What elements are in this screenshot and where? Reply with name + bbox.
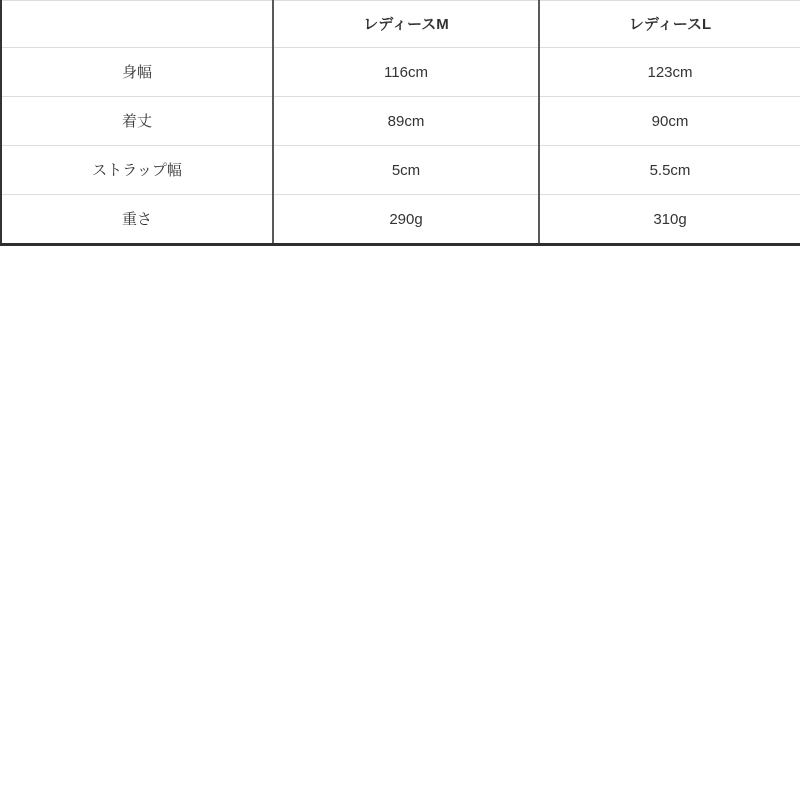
cell-value: 5cm — [273, 146, 539, 195]
cell-value: 123cm — [539, 48, 800, 97]
header-cell-empty — [1, 1, 273, 48]
cell-value: 89cm — [273, 97, 539, 146]
table-row-body-width: 身幅 116cm 123cm — [1, 48, 800, 97]
table-row-strap-width: ストラップ幅 5cm 5.5cm — [1, 146, 800, 195]
header-row: レディースM レディースL — [1, 1, 800, 48]
page: レディースM レディースL 身幅 116cm 123cm 着丈 89cm 90c… — [0, 0, 800, 800]
table-row-length: 着丈 89cm 90cm — [1, 97, 800, 146]
cell-value: 90cm — [539, 97, 800, 146]
cell-value: 310g — [539, 195, 800, 245]
row-label: ストラップ幅 — [1, 146, 273, 195]
row-label: 重さ — [1, 195, 273, 245]
cell-value: 290g — [273, 195, 539, 245]
cell-value: 116cm — [273, 48, 539, 97]
header-cell-ladies-m: レディースM — [273, 1, 539, 48]
row-label: 着丈 — [1, 97, 273, 146]
cell-value: 5.5cm — [539, 146, 800, 195]
table-row-weight: 重さ 290g 310g — [1, 195, 800, 245]
size-chart-table: レディースM レディースL 身幅 116cm 123cm 着丈 89cm 90c… — [0, 0, 800, 246]
row-label: 身幅 — [1, 48, 273, 97]
header-cell-ladies-l: レディースL — [539, 1, 800, 48]
